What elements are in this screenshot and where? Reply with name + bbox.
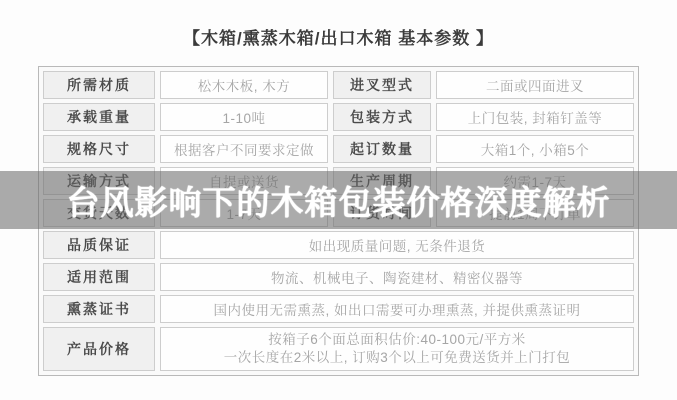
param-label: 承载重量	[43, 103, 155, 131]
param-value: 国内使用无需熏蒸, 如出口需要可办理熏蒸, 并提供熏蒸证明	[160, 295, 634, 323]
param-value: 上门包装, 封箱钉盖等	[436, 103, 634, 131]
param-value: 根据客户不同要求定做	[160, 135, 328, 163]
headline-banner: 台风影响下的木箱包装价格深度解析	[0, 171, 677, 229]
param-label: 品质保证	[43, 231, 155, 259]
price-line-2: 一次长度在2米以上, 订购3个以上可免费送货并上门打包	[224, 349, 571, 367]
price-line-1: 按箱子6个面总面积估价:40-100元/平方米	[268, 331, 526, 349]
param-label: 熏蒸证书	[43, 295, 155, 323]
param-label: 起订数量	[333, 135, 431, 163]
headline-text: 台风影响下的木箱包装价格深度解析	[67, 177, 611, 224]
table-row: 所需材质 松木木板, 木方 进叉型式 二面或四面进叉	[43, 71, 634, 99]
param-value: 二面或四面进叉	[436, 71, 634, 99]
table-row: 品质保证 如出现质量问题, 无条件退货	[43, 231, 634, 259]
param-value: 松木木板, 木方	[160, 71, 328, 99]
table-row: 规格尺寸 根据客户不同要求定做 起订数量 大箱1个, 小箱5个	[43, 135, 634, 163]
screenshot-root: 【木箱/熏蒸木箱/出口木箱 基本参数 】 所需材质 松木木板, 木方 进叉型式 …	[0, 0, 677, 400]
table-row: 承载重量 1-10吨 包装方式 上门包装, 封箱钉盖等	[43, 103, 634, 131]
param-value: 物流、机械电子、陶瓷建材、精密仪器等	[160, 263, 634, 291]
table-row-price: 产品价格 按箱子6个面总面积估价:40-100元/平方米 一次长度在2米以上, …	[43, 327, 634, 371]
param-label: 产品价格	[43, 327, 155, 371]
param-label: 规格尺寸	[43, 135, 155, 163]
param-label: 包装方式	[333, 103, 431, 131]
page-title: 【木箱/熏蒸木箱/出口木箱 基本参数 】	[0, 24, 677, 49]
table-row: 熏蒸证书 国内使用无需熏蒸, 如出口需要可办理熏蒸, 并提供熏蒸证明	[43, 295, 634, 323]
param-label: 进叉型式	[333, 71, 431, 99]
param-value: 大箱1个, 小箱5个	[436, 135, 634, 163]
price-value: 按箱子6个面总面积估价:40-100元/平方米 一次长度在2米以上, 订购3个以…	[160, 327, 634, 371]
param-label: 所需材质	[43, 71, 155, 99]
table-row: 适用范围 物流、机械电子、陶瓷建材、精密仪器等	[43, 263, 634, 291]
param-label: 适用范围	[43, 263, 155, 291]
param-value: 如出现质量问题, 无条件退货	[160, 231, 634, 259]
param-value: 1-10吨	[160, 103, 328, 131]
